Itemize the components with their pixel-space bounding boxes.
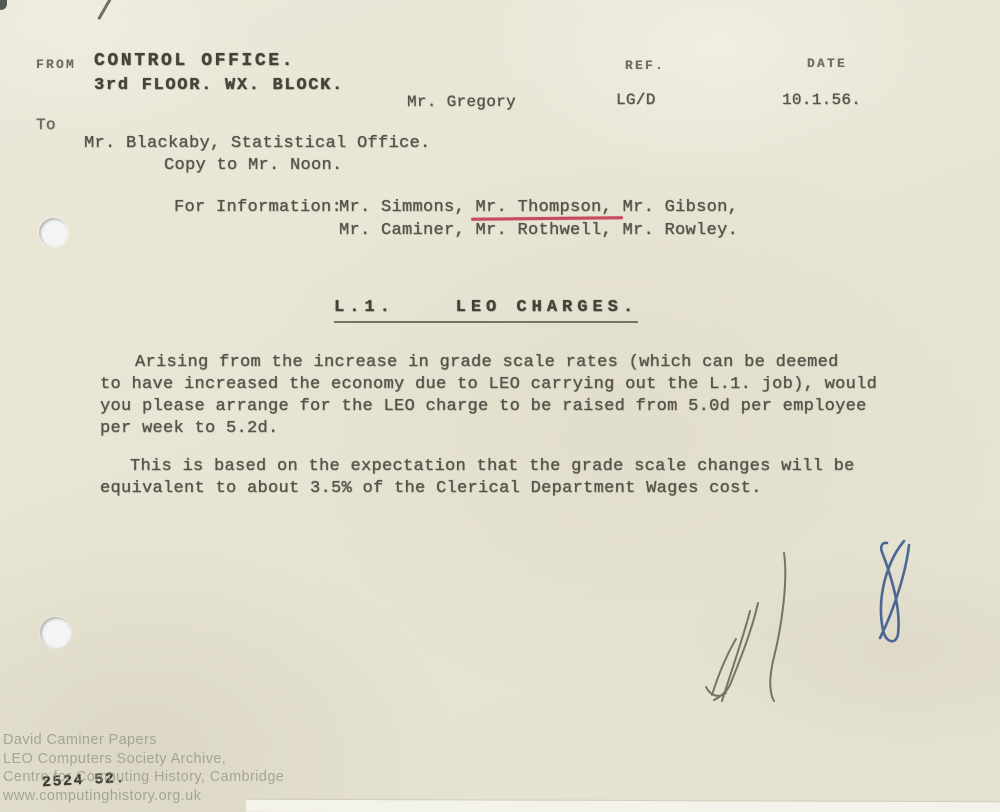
body-paragraph-1: Arising from the increase in grade scale… (100, 352, 877, 440)
office-name: CONTROL OFFICE. (94, 50, 295, 72)
punch-hole-top (39, 218, 68, 247)
copy-line: Copy to Mr. Noon. (164, 155, 343, 177)
para2-line2: equivalent to about 3.5% of the Clerical… (100, 478, 855, 500)
scan-edge-strip (246, 800, 1000, 812)
watermark-line1: David Caminer Papers (3, 731, 284, 750)
pencil-initials-signature-icon (698, 545, 803, 710)
ref-label: REF. (625, 58, 665, 73)
date-label: DATE (807, 56, 847, 71)
fold-crease-mark (97, 0, 112, 20)
attention-name: Mr. Gregory (407, 91, 516, 113)
recipient-line: Mr. Blackaby, Statistical Office. (84, 133, 431, 155)
memo-page: FROM CONTROL OFFICE. 3rd FLOOR. WX. BLOC… (0, 0, 1000, 812)
para2-line1: This is based on the expectation that th… (100, 456, 855, 478)
punch-hole-bottom (40, 617, 71, 648)
info-label: For Information: (174, 197, 342, 219)
para1-line3: you please arrange for the LEO charge to… (100, 396, 877, 418)
corner-tear-mark (0, 0, 7, 10)
para1-line4: per week to 5.2d. (100, 418, 877, 440)
info-recipients-line2: Mr. Caminer, Mr. Rothwell, Mr. Rowley. (339, 220, 738, 242)
para1-line1: Arising from the increase in grade scale… (100, 352, 877, 374)
watermark-line4: www.computinghistory.org.uk (3, 787, 284, 806)
body-paragraph-2: This is based on the expectation that th… (100, 456, 855, 500)
watermark-line3: Centre for Computing History, Cambridge (3, 768, 284, 787)
subject-title: L.1. LEO CHARGES. (334, 297, 638, 323)
info-recipients-line1: Mr. Simmons, Mr. Thompson, Mr. Gibson, (339, 197, 738, 219)
info-line1-pre: Mr. Simmons, (339, 198, 476, 217)
archive-watermark: David Caminer Papers LEO Computers Socie… (3, 731, 284, 805)
date-value: 10.1.56. (782, 89, 861, 111)
info-line1-marked-name: Mr. Thompson, (476, 198, 613, 217)
watermark-line2: LEO Computers Society Archive, (3, 750, 284, 769)
office-address: 3rd FLOOR. WX. BLOCK. (94, 75, 344, 97)
para1-line2: to have increased the economy due to LEO… (100, 374, 877, 396)
ref-value: LG/D (616, 89, 656, 111)
to-label: To (36, 114, 56, 136)
blue-ink-scribble-icon (870, 538, 918, 653)
from-label: FROM (36, 57, 76, 72)
info-line1-post: Mr. Gibson, (612, 198, 738, 217)
